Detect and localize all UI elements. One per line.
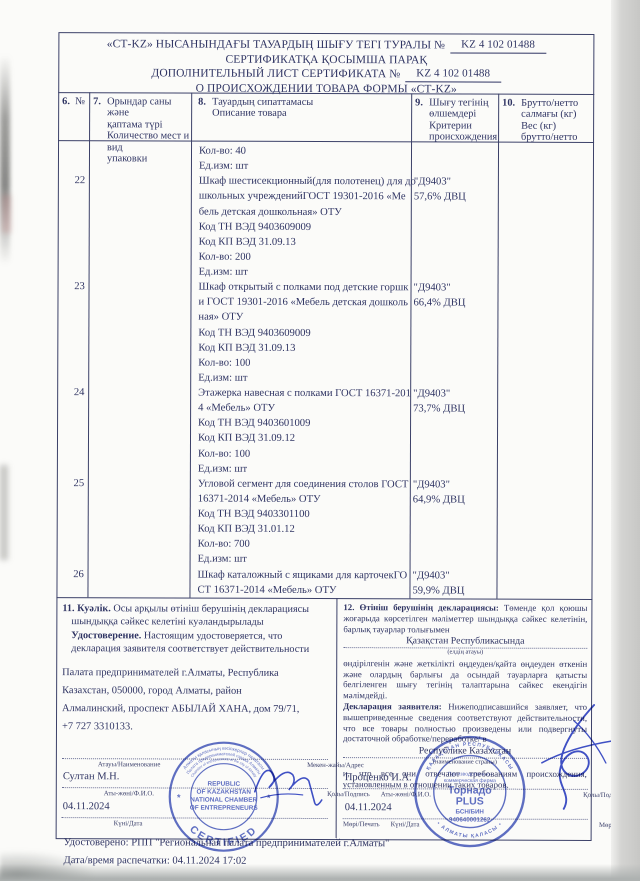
origin-criteria: 57,6% ДВЦ	[414, 190, 466, 205]
certificate-number-1: KZ 4 102 01488	[450, 38, 546, 54]
column-label: Тауардың сипаттамасы Описание товара	[212, 97, 410, 121]
title-text-ru: ДОПОЛНИТЕЛЬНЫЙ ЛИСТ СЕРТИФИКАТА №	[151, 67, 400, 80]
origin-criteria: "Д9403"	[414, 175, 451, 190]
stamp-text-chamber: NATIONAL CHAMBER	[190, 797, 257, 804]
item-description-line: Ед.изм: шт	[198, 461, 247, 476]
item-description-line: Код КП ВЭД 31.01.12	[198, 522, 295, 537]
origin-criteria: 59,9% ДВЦ	[412, 583, 464, 598]
certification-paragraph: 11. Куәлік. Осы арқылы өтініш берушінің …	[62, 602, 332, 657]
item-description-line: Ед.изм: шт	[198, 552, 247, 567]
declaration-continuation-kk: өндірілгенін және жеткілікті өңдеуден/қа…	[343, 658, 587, 702]
column-header-description: 8. Тауардың сипаттамасы Описание товара	[198, 97, 410, 121]
column-header-criteria: 9. Шығу тегінің өлшемдері Критерии проис…	[415, 97, 497, 143]
table-row-line: СТ 16371-2014 «Мебель» ОТУ 59,9% ДВЦ	[56, 582, 591, 599]
declarant-date: 04.11.2024	[345, 802, 392, 813]
column-number: 6.	[62, 96, 70, 107]
origin-criteria: "Д9403"	[413, 386, 450, 401]
stamp-text-kazakhstan: OF KAZAKHSTAN	[196, 789, 251, 796]
stamp-text-republic: REPUBLIC	[207, 781, 240, 788]
scan-edge-bottom	[0, 864, 640, 881]
item-description-line: Угловой сегмент для соединения столов ГО…	[198, 476, 409, 492]
row-number: 24	[69, 385, 89, 400]
label-name: Атауы/Наименование	[98, 761, 161, 769]
declaration-lead-kk: 12. Өтініш берушінің декларациясы:	[343, 602, 498, 613]
item-description-line: Код ТН ВЭД 9403601009	[198, 416, 310, 432]
column-number: 10.	[502, 98, 515, 109]
item-description-line: Код КП ВЭД 31.09.12	[198, 431, 295, 446]
item-description-line: Код ТН ВЭД 9403609009	[198, 325, 310, 341]
scanned-certificate-page: «СТ-KZ» НЫСАНЫНДАҒЫ ТАУАРДЫҢ ШЫҒУ ТЕГІ Т…	[0, 0, 640, 881]
item-description-line: бель детская дошкольная» ОТУ	[199, 204, 342, 220]
title-line-ru-2: О ПРОИСХОЖДЕНИИ ТОВАРА ФОРМЫ «СТ-KZ»	[58, 82, 594, 97]
certificate-number-2: KZ 4 102 01488	[405, 67, 501, 83]
paper-sheet: «СТ-KZ» НЫСАНЫНДАҒЫ ТАУАРДЫҢ ШЫҒУ ТЕГІ Т…	[0, 0, 640, 881]
chamber-address: Палата предпринимателей г.Алматы, Респуб…	[62, 664, 332, 737]
row-number: 23	[70, 279, 90, 294]
declarant-signature	[514, 699, 619, 814]
declaration-lead-ru: Декларация заявителя:	[343, 701, 442, 711]
row-number: 26	[69, 567, 89, 582]
item-description-line: Ед.изм: шт	[198, 370, 247, 385]
declarant-fio: Проценко И.А.	[345, 772, 412, 783]
item-description-line: 4 «Мебель» ОТУ	[198, 401, 275, 416]
certification-lead-kk: 11. Куәлік.	[62, 603, 110, 614]
item-description-line: Кол-во: 700	[198, 537, 250, 552]
item-description-line: Код ТН ВЭД 9403609009	[199, 219, 311, 235]
origin-criteria: 64,9% ДВЦ	[413, 492, 465, 507]
table-body: Кол-во: 40 Ед.изм: шт 22 Шкаф шестисекци…	[56, 143, 593, 599]
title-block: «СТ-KZ» НЫСАНЫНДАҒЫ ТАУАРДЫҢ ШЫҒУ ТЕГІ Т…	[58, 38, 594, 97]
declaration-paragraph-kk: 12. Өтініш берушінің декларациясы: Төмен…	[343, 602, 587, 635]
item-description-line: Кол-во: 40	[199, 144, 246, 159]
stamp-firm-line1: Производственно-	[448, 771, 492, 777]
stamp-star-left: *	[177, 793, 181, 803]
item-description-line: Ед.изм: шт	[199, 265, 248, 280]
origin-criteria: 66,4% ДВЦ	[413, 296, 465, 311]
item-description-line: ная» ОТУ	[198, 310, 243, 325]
svg-text:• АЛМАТЫ ҚАЛАСЫ •: • АЛМАТЫ ҚАЛАСЫ •	[435, 821, 504, 840]
scan-edge-right	[611, 0, 640, 881]
column-label: Шығу тегінің өлшемдері Критерии происхож…	[429, 97, 497, 143]
row-number: 25	[69, 476, 89, 491]
stamp-ring-bottom: • АЛМАТЫ ҚАЛАСЫ •	[435, 821, 504, 840]
item-description-line: Код КП ВЭД 31.09.13	[199, 234, 296, 249]
item-description-line: Шкаф шестисекционный(для полотенец) для …	[199, 174, 416, 190]
scan-smudge-bottom-left	[0, 850, 95, 878]
item-description-line: и ГОСТ 19301-2016 «Мебель детская дошкол…	[198, 295, 408, 311]
origin-criteria: "Д9403"	[413, 477, 450, 492]
certification-lead-ru: Удостоверение.	[71, 630, 141, 641]
certifier-date: 04.11.2024	[63, 801, 110, 812]
column-number: 9.	[415, 97, 423, 108]
column-header-weight: 10. Брутто/нетто салмағы (кг) Вес (кг) б…	[502, 98, 591, 144]
stamp-bin-number: 940640001262	[449, 816, 491, 823]
country-kk-block: Қазақстан Республикасында (елдің атауы)	[343, 635, 587, 656]
country-name-kk: Қазақстан Республикасында	[343, 635, 587, 649]
item-description-line: Ед.изм: шт	[199, 159, 248, 174]
stamp-text-entrepreneurs: OF ENTREPRENEURS	[190, 805, 259, 812]
item-description-line: Кол-во: 200	[199, 249, 251, 264]
item-description-line: Этажерка навесная с полками ГОСТ 16371-2…	[198, 386, 411, 402]
item-description-line: 16371-2014 «Мебель» ОТУ	[198, 491, 321, 507]
column-header-no: 6. №	[62, 96, 88, 107]
item-description-line: Кол-во: 100	[198, 355, 250, 370]
column-label: Брутто/нетто салмағы (кг) Вес (кг) брутт…	[521, 98, 591, 144]
certifier-signature	[251, 748, 336, 810]
column-label: №	[75, 96, 88, 107]
scan-smudge-left	[0, 55, 10, 265]
label-fio: Аты-жөні/Ф.И.О.	[104, 790, 154, 798]
title-line-kk-1: «СТ-KZ» НЫСАНЫНДАҒЫ ТАУАРДЫҢ ШЫҒУ ТЕГІ Т…	[58, 38, 594, 55]
column-number: 8.	[198, 97, 206, 108]
origin-criteria: "Д9403"	[414, 280, 451, 295]
label-date: Күні/Дата	[114, 820, 143, 828]
row-number: 22	[70, 173, 90, 188]
scan-smudge-left-2	[0, 465, 8, 560]
stamp-firm-line2: коммерческая фирма	[444, 778, 496, 784]
item-description-line: Код КП ВЭД 31.09.13	[198, 340, 295, 355]
stamp-bin-label: БСН/БИН	[455, 808, 484, 815]
country-caption-kk: (елдің атауы)	[343, 648, 587, 656]
item-description-line: Код ТН ВЭД 9403301100	[198, 507, 310, 523]
item-description-line: СТ 16371-2014 «Мебель» ОТУ	[197, 582, 336, 598]
title-text-kk: «СТ-KZ» НЫСАНЫНДАҒЫ ТАУАРДЫҢ ШЫҒУ ТЕГІ Т…	[107, 38, 445, 51]
stamp-firm-plus: PLUS	[456, 795, 484, 807]
title-line-ru-1: ДОПОЛНИТЕЛЬНЫЙ ЛИСТ СЕРТИФИКАТА №KZ 4 10…	[58, 67, 594, 84]
section-11-certification: 11. Куәлік. Осы арқылы өтініш берушінің …	[62, 602, 332, 737]
column-number: 7.	[93, 96, 101, 107]
item-description-line: Шкаф каталожный с ящиками для карточекГО	[198, 567, 408, 583]
item-description-line: Шкаф открытый с полками под детские горш…	[199, 280, 409, 296]
origin-criteria: "Д9403"	[413, 568, 450, 583]
scan-smudge-pink	[2, 195, 11, 233]
certifier-fio: Султан М.Н.	[63, 771, 120, 782]
item-description-line: Кол-во: 100	[198, 446, 250, 461]
origin-criteria: 73,7% ДВЦ	[413, 401, 465, 416]
item-description-line: школьных учрежденийГОСТ 19301-2016 «Ме	[199, 189, 406, 205]
